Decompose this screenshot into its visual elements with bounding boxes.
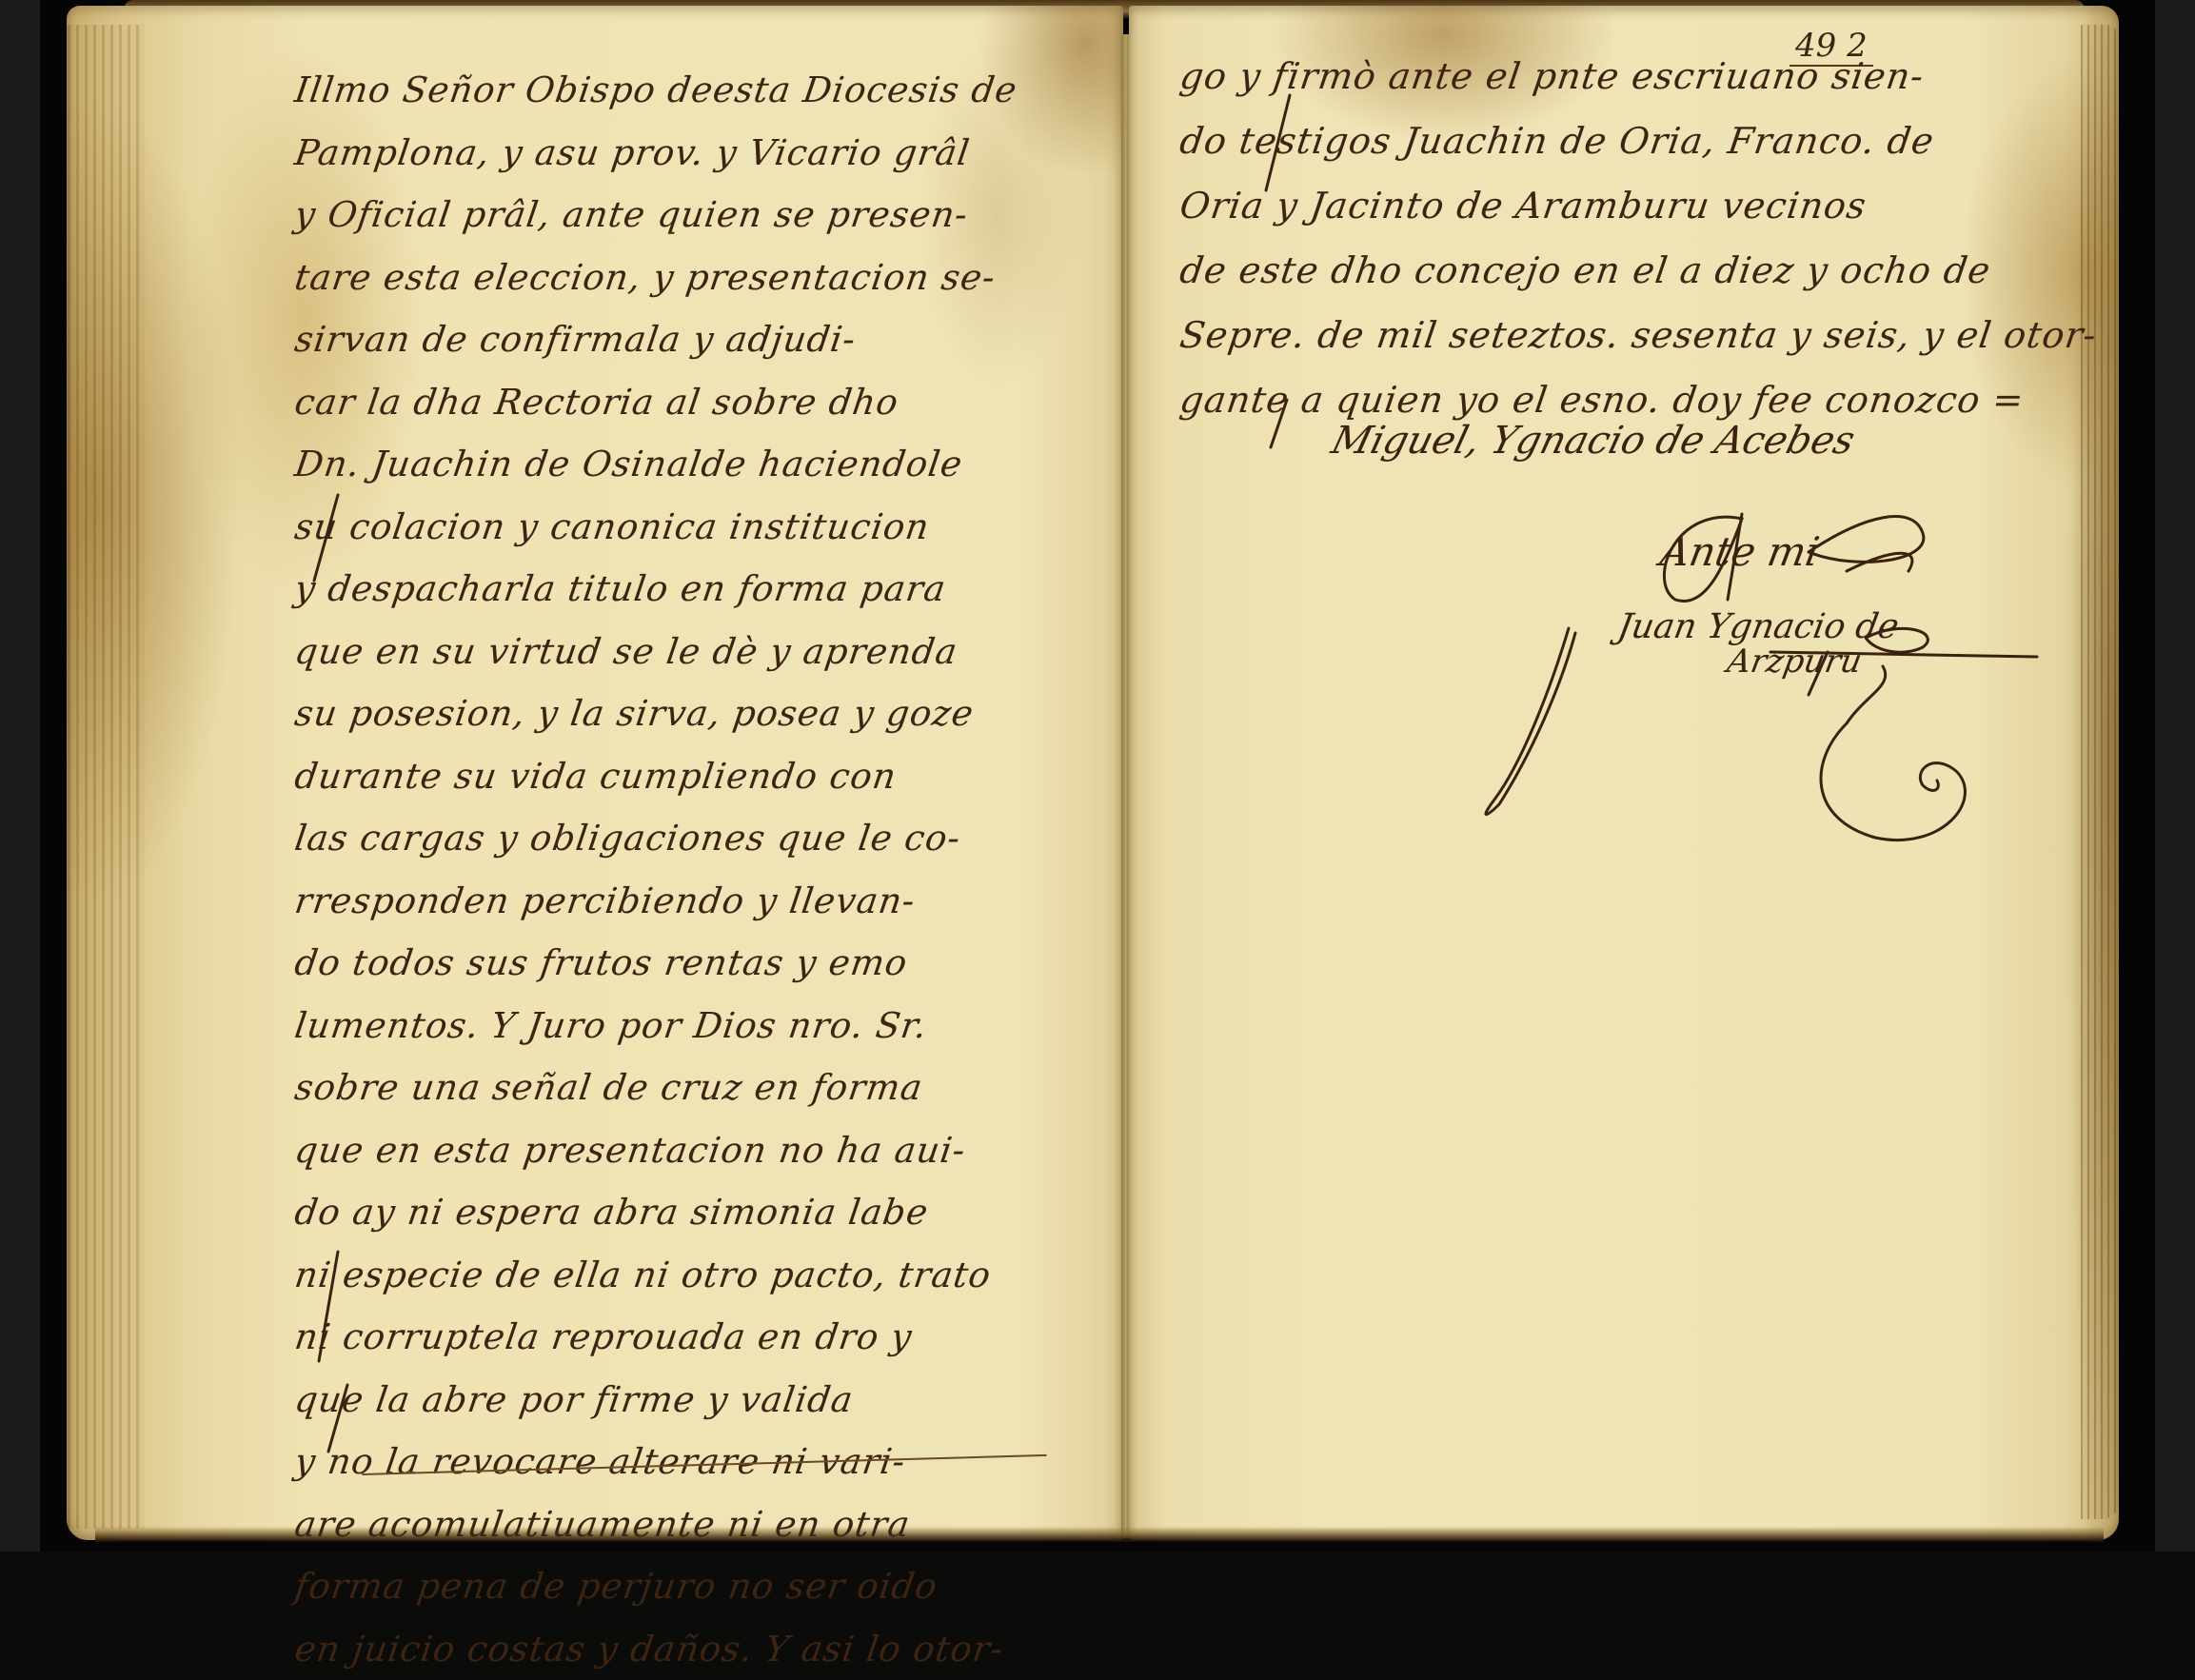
manuscript-line: sobre una señal de cruz en forma	[290, 1057, 1021, 1119]
manuscript-line: ni corruptela reprouada en dro y	[290, 1306, 1021, 1369]
manuscript-line: do testigos Juachin de Oria, Franco. de	[1176, 109, 2101, 173]
manuscript-line: rresponden percibiendo y llevan-	[290, 870, 1021, 933]
scan-background: Illmo Señor Obispo deesta Diocesis de Pa…	[0, 0, 2195, 1552]
manuscript-line: Pamplona, y asu prov. y Vicario grâl	[290, 122, 1021, 185]
signature-arzpuru: Arzpuru	[1724, 642, 1865, 681]
manuscript-line: y Oficial prâl, ante quien se presen-	[290, 184, 1021, 247]
manuscript-line: go y firmò ante el pnte escriuano sien-	[1176, 44, 2101, 109]
manuscript-line: que en su virtud se le dè y aprenda	[290, 621, 1021, 683]
manuscript-line: su colacion y canonica institucion	[290, 496, 1021, 559]
manuscript-line: Dn. Juachin de Osinalde haciendole	[290, 433, 1021, 496]
manuscript-line: las cargas y obligaciones que le co-	[290, 807, 1021, 870]
manuscript-line: sirvan de confirmala y adjudi-	[290, 308, 1021, 371]
signature-juan-ygnacio-de: Juan Ygnacio de	[1614, 607, 1902, 646]
manuscript-line: de este dho concejo en el a diez y ocho …	[1176, 238, 2101, 303]
manuscript-line: ni especie de ella ni otro pacto, trato	[290, 1244, 1021, 1307]
signature-ante-mi: Ante mi	[1657, 528, 1823, 575]
manuscript-line: lumentos. Y Juro por Dios nro. Sr.	[290, 995, 1021, 1057]
manuscript-line: y despacharla titulo en forma para	[290, 558, 1021, 621]
manuscript-line: Illmo Señor Obispo deesta Diocesis de	[290, 59, 1021, 122]
left-page-fore-edge	[67, 25, 145, 1529]
manuscript-line: que la abre por firme y valida	[290, 1369, 1021, 1432]
manuscript-line: y no la revocare alterare ni vari-	[290, 1431, 1021, 1493]
left-page-text: Illmo Señor Obispo deesta Diocesis de Pa…	[295, 59, 1017, 1552]
manuscript-line: do todos sus frutos rentas y emo	[290, 932, 1021, 995]
manuscript-line: durante su vida cumpliendo con	[290, 745, 1021, 808]
manuscript-line: car la dha Rectoria al sobre dho	[290, 371, 1021, 434]
manuscript-line: que en esta presentacion no ha aui-	[290, 1119, 1021, 1182]
signature-miguel-ygnacio-de-acebes: Miguel, Ygnacio de Acebes	[1327, 419, 1859, 463]
manuscript-line: are acomulatiuamente ni en otra	[290, 1493, 1021, 1552]
manuscript-line: Sepre. de mil seteztos. sesenta y seis, …	[1176, 303, 2101, 367]
manuscript-line: tare esta eleccion, y presentacion se-	[290, 247, 1021, 309]
right-page-text: go y firmò ante el pnte escriuano sien- …	[1180, 44, 2097, 432]
manuscript-line: su posesion, y la sirva, posea y goze	[290, 682, 1021, 745]
manuscript-line: do ay ni espera abra simonia labe	[290, 1181, 1021, 1244]
manuscript-line: Oria y Jacinto de Aramburu vecinos	[1176, 173, 2101, 238]
